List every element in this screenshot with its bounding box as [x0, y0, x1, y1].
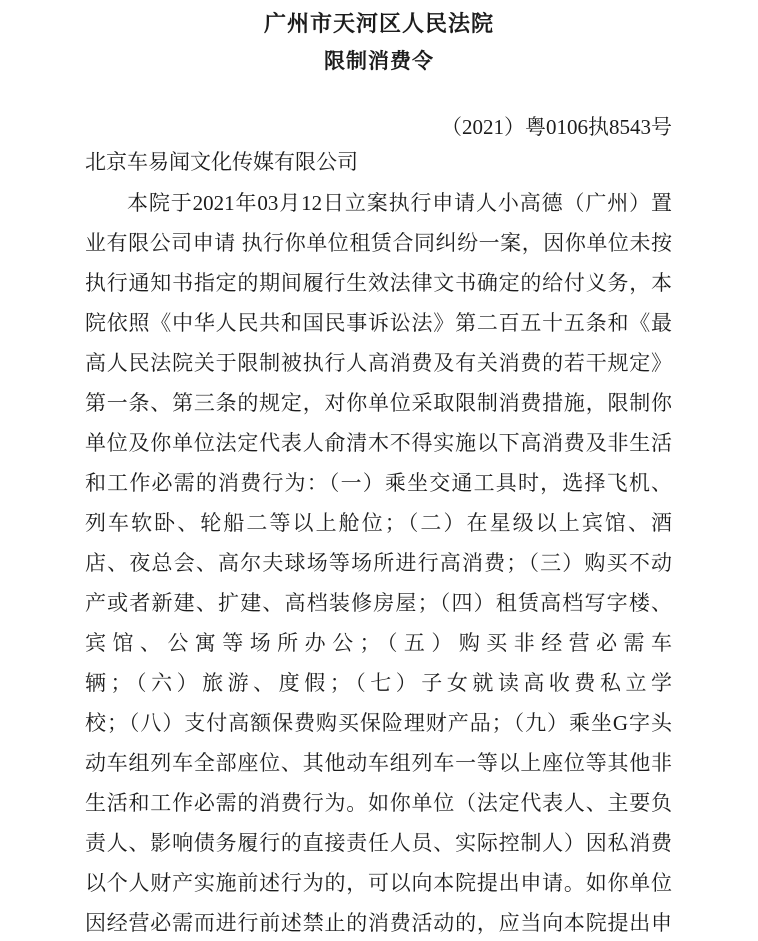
body-line: 校；（八）支付高额保费购买保险理财产品；（九）乘坐G字头	[85, 703, 672, 743]
body-line: 因经营必需而进行前述禁止的消费活动的，应当向本院提出申	[85, 903, 672, 941]
court-name-title: 广州市天河区人民法院	[0, 5, 758, 43]
document-header: 广州市天河区人民法院 限制消费令	[0, 0, 758, 81]
body-line: 和工作必需的消费行为：（一）乘坐交通工具时，选择飞机、	[85, 463, 672, 503]
body-line: 本院于2021年03月12日立案执行申请人小高德（广州）置	[85, 183, 672, 223]
case-number: （2021）粤0106执8543号	[0, 116, 672, 138]
body-line: 单位及你单位法定代表人俞清木不得实施以下高消费及非生活	[85, 423, 672, 463]
body-line: 以个人财产实施前述行为的，可以向本院提出申请。如你单位	[85, 863, 672, 903]
body-line: 责人、影响债务履行的直接责任人员、实际控制人）因私消费	[85, 823, 672, 863]
order-body: 本院于2021年03月12日立案执行申请人小高德（广州）置 业有限公司申请 执行…	[85, 183, 672, 941]
body-line: 生活和工作必需的消费行为。如你单位（法定代表人、主要负	[85, 783, 672, 823]
document-title: 限制消费令	[0, 43, 758, 81]
body-line: 宾馆、公寓等场所办公；（五）购买非经营必需车	[85, 623, 672, 663]
body-line: 执行通知书指定的期间履行生效法律文书确定的给付义务，本	[85, 263, 672, 303]
body-line: 业有限公司申请 执行你单位租赁合同纠纷一案，因你单位未按	[85, 223, 672, 263]
body-line: 高人民法院关于限制被执行人高消费及有关消费的若干规定》	[85, 343, 672, 383]
body-line: 列车软卧、轮船二等以上舱位；（二）在星级以上宾馆、酒	[85, 503, 672, 543]
body-line: 店、夜总会、高尔夫球场等场所进行高消费；（三）购买不动	[85, 543, 672, 583]
court-document-page: 广州市天河区人民法院 限制消费令 （2021）粤0106执8543号 北京车易闻…	[0, 0, 758, 941]
body-line: 辆；（六）旅游、度假；（七）子女就读高收费私立学	[85, 663, 672, 703]
body-line: 动车组列车全部座位、其他动车组列车一等以上座位等其他非	[85, 743, 672, 783]
body-line: 第一条、第三条的规定，对你单位采取限制消费措施，限制你	[85, 383, 672, 423]
addressee-company-name: 北京车易闻文化传媒有限公司	[85, 151, 758, 173]
body-line: 产或者新建、扩建、高档装修房屋；（四）租赁高档写字楼、	[85, 583, 672, 623]
body-line: 院依照《中华人民共和国民事诉讼法》第二百五十五条和《最	[85, 303, 672, 343]
